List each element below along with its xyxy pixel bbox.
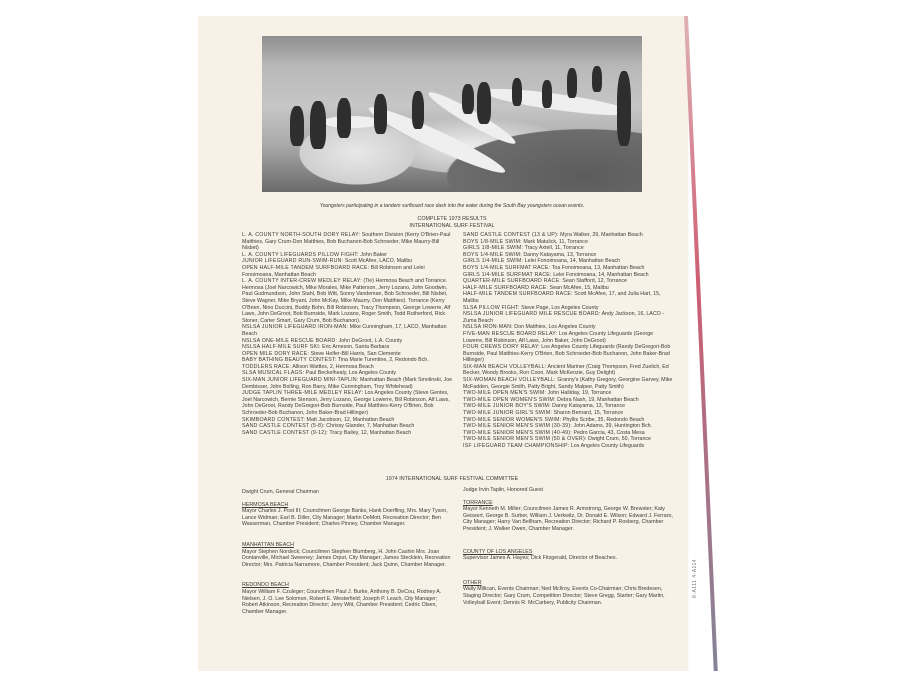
event-name: BOYS 1/8-MILE SWIM:	[463, 239, 522, 245]
event-name: NSLSA ONE-MILE RESCUE BOARD:	[242, 338, 337, 344]
event-result: Matt Jacobson, 12, Manhattan Beach	[307, 417, 395, 423]
result-entry: FIVE-MAN RESCUE BOARD RELAY: Los Angeles…	[463, 331, 675, 344]
results-left-column: L. A. COUNTY NORTH-SOUTH DORY RELAY: Sou…	[242, 232, 454, 436]
event-result: John DeGroot, L.A. County	[339, 338, 403, 344]
committee-section-body: Wally Millican, Events Chairman; Ned McI…	[463, 586, 675, 606]
event-name: NSLSA IRON-MAN:	[463, 324, 513, 330]
event-name: SIX-MAN JUNIOR LIFEGUARD MINI-TAPLIN:	[242, 377, 359, 383]
committee-section-title: OTHER	[463, 580, 675, 587]
result-entry: GIRLS 1/4-MILE SURFMAT RACE: Lelei Fonoi…	[463, 272, 675, 279]
result-entry: JUDGE TAPLIN THREE-MILE MEDLEY RELAY: Lo…	[242, 390, 454, 416]
result-entry: TODDLERS RACE: Allison Wattles, 2, Hermo…	[242, 364, 454, 371]
event-result: Lelei Fonoimoana, 14, Manhattan Beach	[553, 272, 648, 278]
result-entry: OPEN MILE DORY RACE: Steve Helfer-Bill H…	[242, 351, 454, 358]
result-entry: TWO-MILE JUNIOR GIRL'S SWIM: Sharon Bern…	[463, 410, 675, 417]
event-name: TWO-MILE SENIOR WOMEN'S SWIM:	[463, 417, 561, 423]
result-entry: SKIMBOARD CONTEST: Matt Jacobson, 12, Ma…	[242, 417, 454, 424]
event-name: TODDLERS RACE:	[242, 364, 291, 370]
result-entry: SLSA PILLOW FIGHT: Steve Page, Los Angel…	[463, 305, 675, 312]
event-result: Tina Marie Turentine, 2, Redondo Bch.	[338, 357, 429, 363]
committee-section-title: MANHATTAN BEACH	[242, 542, 454, 549]
event-name: FOUR CREWS DORY RELAY:	[463, 344, 540, 350]
event-result: Myra Walker, 29, Manhattan Beach	[560, 232, 643, 238]
event-name: NSLSA HALF-MILE SURF SKI:	[242, 344, 321, 350]
event-name: TWO-MILE SENIOR MEN'S SWIM (40-49):	[463, 430, 572, 436]
page-edge-binding	[684, 16, 718, 671]
event-result: Los Angeles County Lifeguards	[571, 443, 644, 449]
result-entry: FOUR CREWS DORY RELAY: Los Angeles Count…	[463, 344, 675, 364]
event-name: TWO-MILE SENIOR MEN'S SWIM (50 & over):	[463, 436, 587, 442]
general-chairman: Dwight Crum, General Chairman	[242, 489, 454, 496]
event-name: L. A. COUNTY LIFEGUARDS PILLOW FIGHT:	[242, 252, 359, 258]
result-entry: GIRLS 1/8-MILE SWIM: Tracy Axtell, 11, T…	[463, 245, 675, 252]
event-name: TWO-MILE SENIOR MEN'S SWIM (30-39):	[463, 423, 572, 429]
results-right-column: SAND CASTLE CONTEST (13 & up): Myra Walk…	[463, 232, 675, 450]
event-result: Steve Helfer-Bill Harris, San Clemente	[311, 351, 401, 357]
committee-section-body: Mayor Kenneth M. Miller; Councilmen Jame…	[463, 506, 675, 532]
result-entry: SAND CASTLE CONTEST (9-12): Tracy Bailey…	[242, 430, 454, 437]
catalog-code: 8-A111 4-A114	[692, 559, 698, 598]
event-result: Tracy Axtell, 11, Torrance	[525, 245, 584, 251]
event-result: Dwight Crum, 50, Torrance	[588, 436, 651, 442]
event-name: SAND CASTLE CONTEST (5-8):	[242, 423, 325, 429]
event-name: SIX-WOMAN BEACH VOLLEYBALL:	[463, 377, 556, 383]
event-name: OPEN MILE DORY RACE:	[242, 351, 309, 357]
result-entry: SAND CASTLE CONTEST (13 & up): Myra Walk…	[463, 232, 675, 239]
results-heading-line2: INTERNATIONAL SURF FESTIVAL	[262, 223, 642, 230]
surf-race-photo	[262, 36, 642, 192]
event-result: Phyllis Scribe, 35, Redondo Beach	[563, 417, 645, 423]
result-entry: TWO-MILE JUNIOR BOY'S SWIM: Danny Kataya…	[463, 403, 675, 410]
event-name: TWO-MILE OPEN MEN'S SWIM:	[463, 390, 546, 396]
event-result: John Adams, 39, Huntington Bch.	[573, 423, 652, 429]
honored-guest: Judge Irvin Taplin, Honored Guest	[463, 487, 675, 494]
event-name: HALF-MILE TANDEM SURFBOARD RACE:	[463, 291, 573, 297]
result-entry: QUARTER-MILE SURFBOARD RACE: Sean Staffo…	[463, 278, 675, 285]
result-entry: SLSA MUSICAL FLAGS: Paul Beckelhealy, Lo…	[242, 370, 454, 377]
committee-section-body: Supervisor James A. Hayes; Dick Fitzgera…	[463, 555, 675, 562]
event-name: TWO-MILE JUNIOR GIRL'S SWIM:	[463, 410, 552, 416]
event-name: SAND CASTLE CONTEST (9-12):	[242, 430, 328, 436]
result-entry: HALF-MILE TANDEM SURFBOARD RACE: Scott M…	[463, 291, 675, 304]
event-result: Debra Nash, 19, Manhattan Beach	[557, 397, 639, 403]
photo-caption: Youngsters participating in a tandem sur…	[262, 203, 642, 209]
result-entry: TWO-MILE OPEN MEN'S SWIM: John Halliday,…	[463, 390, 675, 397]
committee-section-body: Mayor William F. Czuleger; Councilmen Pa…	[242, 589, 454, 615]
result-entry: HALF-MILE SURFBOARD RACE: Sean McAfee, 1…	[463, 285, 675, 292]
committee-heading: 1974 INTERNATIONAL SURF FESTIVAL COMMITT…	[262, 476, 642, 483]
result-entry: BOYS 1/8-MILE SWIM: Mark Matulick, 11, T…	[463, 239, 675, 246]
event-name: FIVE-MAN RESCUE BOARD RELAY:	[463, 331, 557, 337]
result-entry: NSLSA IRON-MAN: Don Matthies, Los Angele…	[463, 324, 675, 331]
event-name: JUDGE TAPLIN THREE-MILE MEDLEY RELAY:	[242, 390, 363, 396]
event-name: GIRLS 1/4-MILE SWIM:	[463, 258, 523, 264]
result-entry: NSLSA JUNIOR LIFEGUARD IRON-MAN: Mike Cu…	[242, 324, 454, 337]
result-entry: JUNIOR LIFEGUARD RUN-SWIM-RUN: Scott McA…	[242, 258, 454, 265]
event-name: L. A. COUNTY NORTH-SOUTH DORY RELAY:	[242, 232, 360, 238]
event-result: John Halliday, 19, Torrance	[548, 390, 612, 396]
event-name: TWO-MILE OPEN WOMEN'S SWIM:	[463, 397, 556, 403]
event-name: NSLSA JUNIOR LIFEGUARD IRON-MAN:	[242, 324, 348, 330]
event-result: Mark Matulick, 11, Torrance	[523, 239, 588, 245]
results-heading-line1: COMPLETE 1973 RESULTS	[262, 216, 642, 223]
result-entry: SIX-MAN JUNIOR LIFEGUARD MINI-TAPLIN: Ma…	[242, 377, 454, 390]
event-name: GIRLS 1/4-MILE SURFMAT RACE:	[463, 272, 552, 278]
result-entry: BABY BATHING BEAUTY CONTEST: Tina Marie …	[242, 357, 454, 364]
event-name: BOYS 1/4-MILE SURFMAT RACE:	[463, 265, 550, 271]
event-result: Sharon Bernard, 15, Torrance	[554, 410, 624, 416]
event-result: Sean Stafford, 12, Torrance	[562, 278, 627, 284]
result-entry: L. A. COUNTY LIFEGUARDS PILLOW FIGHT: Jo…	[242, 252, 454, 259]
committee-section-title: REDONDO BEACH	[242, 582, 454, 589]
result-entry: SIX-WOMAN BEACH VOLLEYBALL: Granny's (Ka…	[463, 377, 675, 390]
result-entry: TWO-MILE SENIOR MEN'S SWIM (40-49): Pedr…	[463, 430, 675, 437]
event-result: Pedro Garcia, 43, Costa Mesa	[573, 430, 644, 436]
event-name: BOYS 1/4-MILE SWIM:	[463, 252, 522, 258]
event-name: QUARTER-MILE SURFBOARD RACE:	[463, 278, 561, 284]
result-entry: NSLSA JUNIOR LIFEGUARD MILE RESCUE BOARD…	[463, 311, 675, 324]
event-name: SAND CASTLE CONTEST (13 & up):	[463, 232, 559, 238]
event-name: SKIMBOARD CONTEST:	[242, 417, 305, 423]
result-entry: GIRLS 1/4-MILE SWIM: Lelei Fonoimoana, 1…	[463, 258, 675, 265]
result-entry: ISF LIFEGUARD TEAM CHAMPIONSHIP: Los Ang…	[463, 443, 675, 450]
event-result: Sean McAfee, 15, Malibu	[550, 285, 609, 291]
event-result: John Baker	[360, 252, 387, 258]
committee-section-title: COUNTY OF LOS ANGELES	[463, 549, 675, 556]
result-entry: L. A. COUNTY NORTH-SOUTH DORY RELAY: Sou…	[242, 232, 454, 252]
event-name: TWO-MILE JUNIOR BOY'S SWIM:	[463, 403, 551, 409]
event-result: Scott McAfee, LACO, Malibu	[345, 258, 412, 264]
event-result: Lelei Fonoimoana, 14, Manhattan Beach	[525, 258, 620, 264]
event-name: SLSA MUSICAL FLAGS:	[242, 370, 304, 376]
result-entry: NSLSA HALF-MILE SURF SKI: Eric Arneson, …	[242, 344, 454, 351]
event-name: GIRLS 1/8-MILE SWIM:	[463, 245, 523, 251]
event-result: Eric Arneson, Santa Barbara	[322, 344, 389, 350]
results-heading: COMPLETE 1973 RESULTS INTERNATIONAL SURF…	[262, 216, 642, 230]
result-entry: SAND CASTLE CONTEST (5-8): Chrissy Gland…	[242, 423, 454, 430]
committee-section-title: HERMOSA BEACH	[242, 502, 454, 509]
result-entry: OPEN HALF-MILE TANDEM SURFBOARD RACE: Bi…	[242, 265, 454, 278]
event-name: ISF LIFEGUARD TEAM CHAMPIONSHIP:	[463, 443, 569, 449]
result-entry: BOYS 1/4-MILE SWIM: Danny Katayama, 13, …	[463, 252, 675, 259]
event-name: BABY BATHING BEAUTY CONTEST:	[242, 357, 337, 363]
event-result: Steve Page, Los Angeles County	[521, 305, 598, 311]
result-entry: TWO-MILE SENIOR WOMEN'S SWIM: Phyllis Sc…	[463, 417, 675, 424]
event-result: Paul Beckelhealy, Los Angeles County	[306, 370, 396, 376]
event-name: OPEN HALF-MILE TANDEM SURFBOARD RACE:	[242, 265, 369, 271]
event-name: NSLSA JUNIOR LIFEGUARD MILE RESCUE BOARD…	[463, 311, 600, 317]
event-result: Toa Fonoimoana, 13, Manhattan Beach	[552, 265, 645, 271]
committee-right-column: Judge Irvin Taplin, Honored Guest TORRAN…	[463, 487, 675, 606]
committee-left-column: Dwight Crum, General Chairman HERMOSA BE…	[242, 489, 454, 615]
event-result: Allison Wattles, 2, Hermosa Beach	[292, 364, 373, 370]
event-name: HALF-MILE SURFBOARD RACE:	[463, 285, 548, 291]
event-name: L. A. COUNTY INTER-CREW MEDLEY RELAY:	[242, 278, 362, 284]
event-result: Danny Katayama, 13, Torrance	[523, 252, 596, 258]
event-result: Tracy Bailey, 12, Manhattan Beach	[329, 430, 411, 436]
result-entry: TWO-MILE SENIOR MEN'S SWIM (30-39): John…	[463, 423, 675, 430]
result-entry: TWO-MILE OPEN WOMEN'S SWIM: Debra Nash, …	[463, 397, 675, 404]
event-name: JUNIOR LIFEGUARD RUN-SWIM-RUN:	[242, 258, 343, 264]
result-entry: L. A. COUNTY INTER-CREW MEDLEY RELAY: (T…	[242, 278, 454, 324]
committee-section-body: Mayor Stephen Nordeck; Councilmen Stephe…	[242, 549, 454, 569]
event-name: SIX-MAN BEACH VOLLEYBALL:	[463, 364, 546, 370]
result-entry: SIX-MAN BEACH VOLLEYBALL: Ancient Marine…	[463, 364, 675, 377]
result-entry: NSLSA ONE-MILE RESCUE BOARD: John DeGroo…	[242, 338, 454, 345]
event-result: Don Matthies, Los Angeles County	[514, 324, 595, 330]
event-result: (Tie) Hermosa Beach and Torrance. Hermos…	[242, 278, 450, 324]
event-result: Danny Katayama, 13, Torrance	[552, 403, 625, 409]
event-name: SLSA PILLOW FIGHT:	[463, 305, 520, 311]
event-result: Chrissy Glander, 7, Manhattan Beach	[326, 423, 414, 429]
committee-section-body: Mayor Charles J. Post III; Councilmen Ge…	[242, 508, 454, 528]
result-entry: BOYS 1/4-MILE SURFMAT RACE: Toa Fonoimoa…	[463, 265, 675, 272]
committee-section-title: TORRANCE	[463, 500, 675, 507]
result-entry: TWO-MILE SENIOR MEN'S SWIM (50 & over): …	[463, 436, 675, 443]
